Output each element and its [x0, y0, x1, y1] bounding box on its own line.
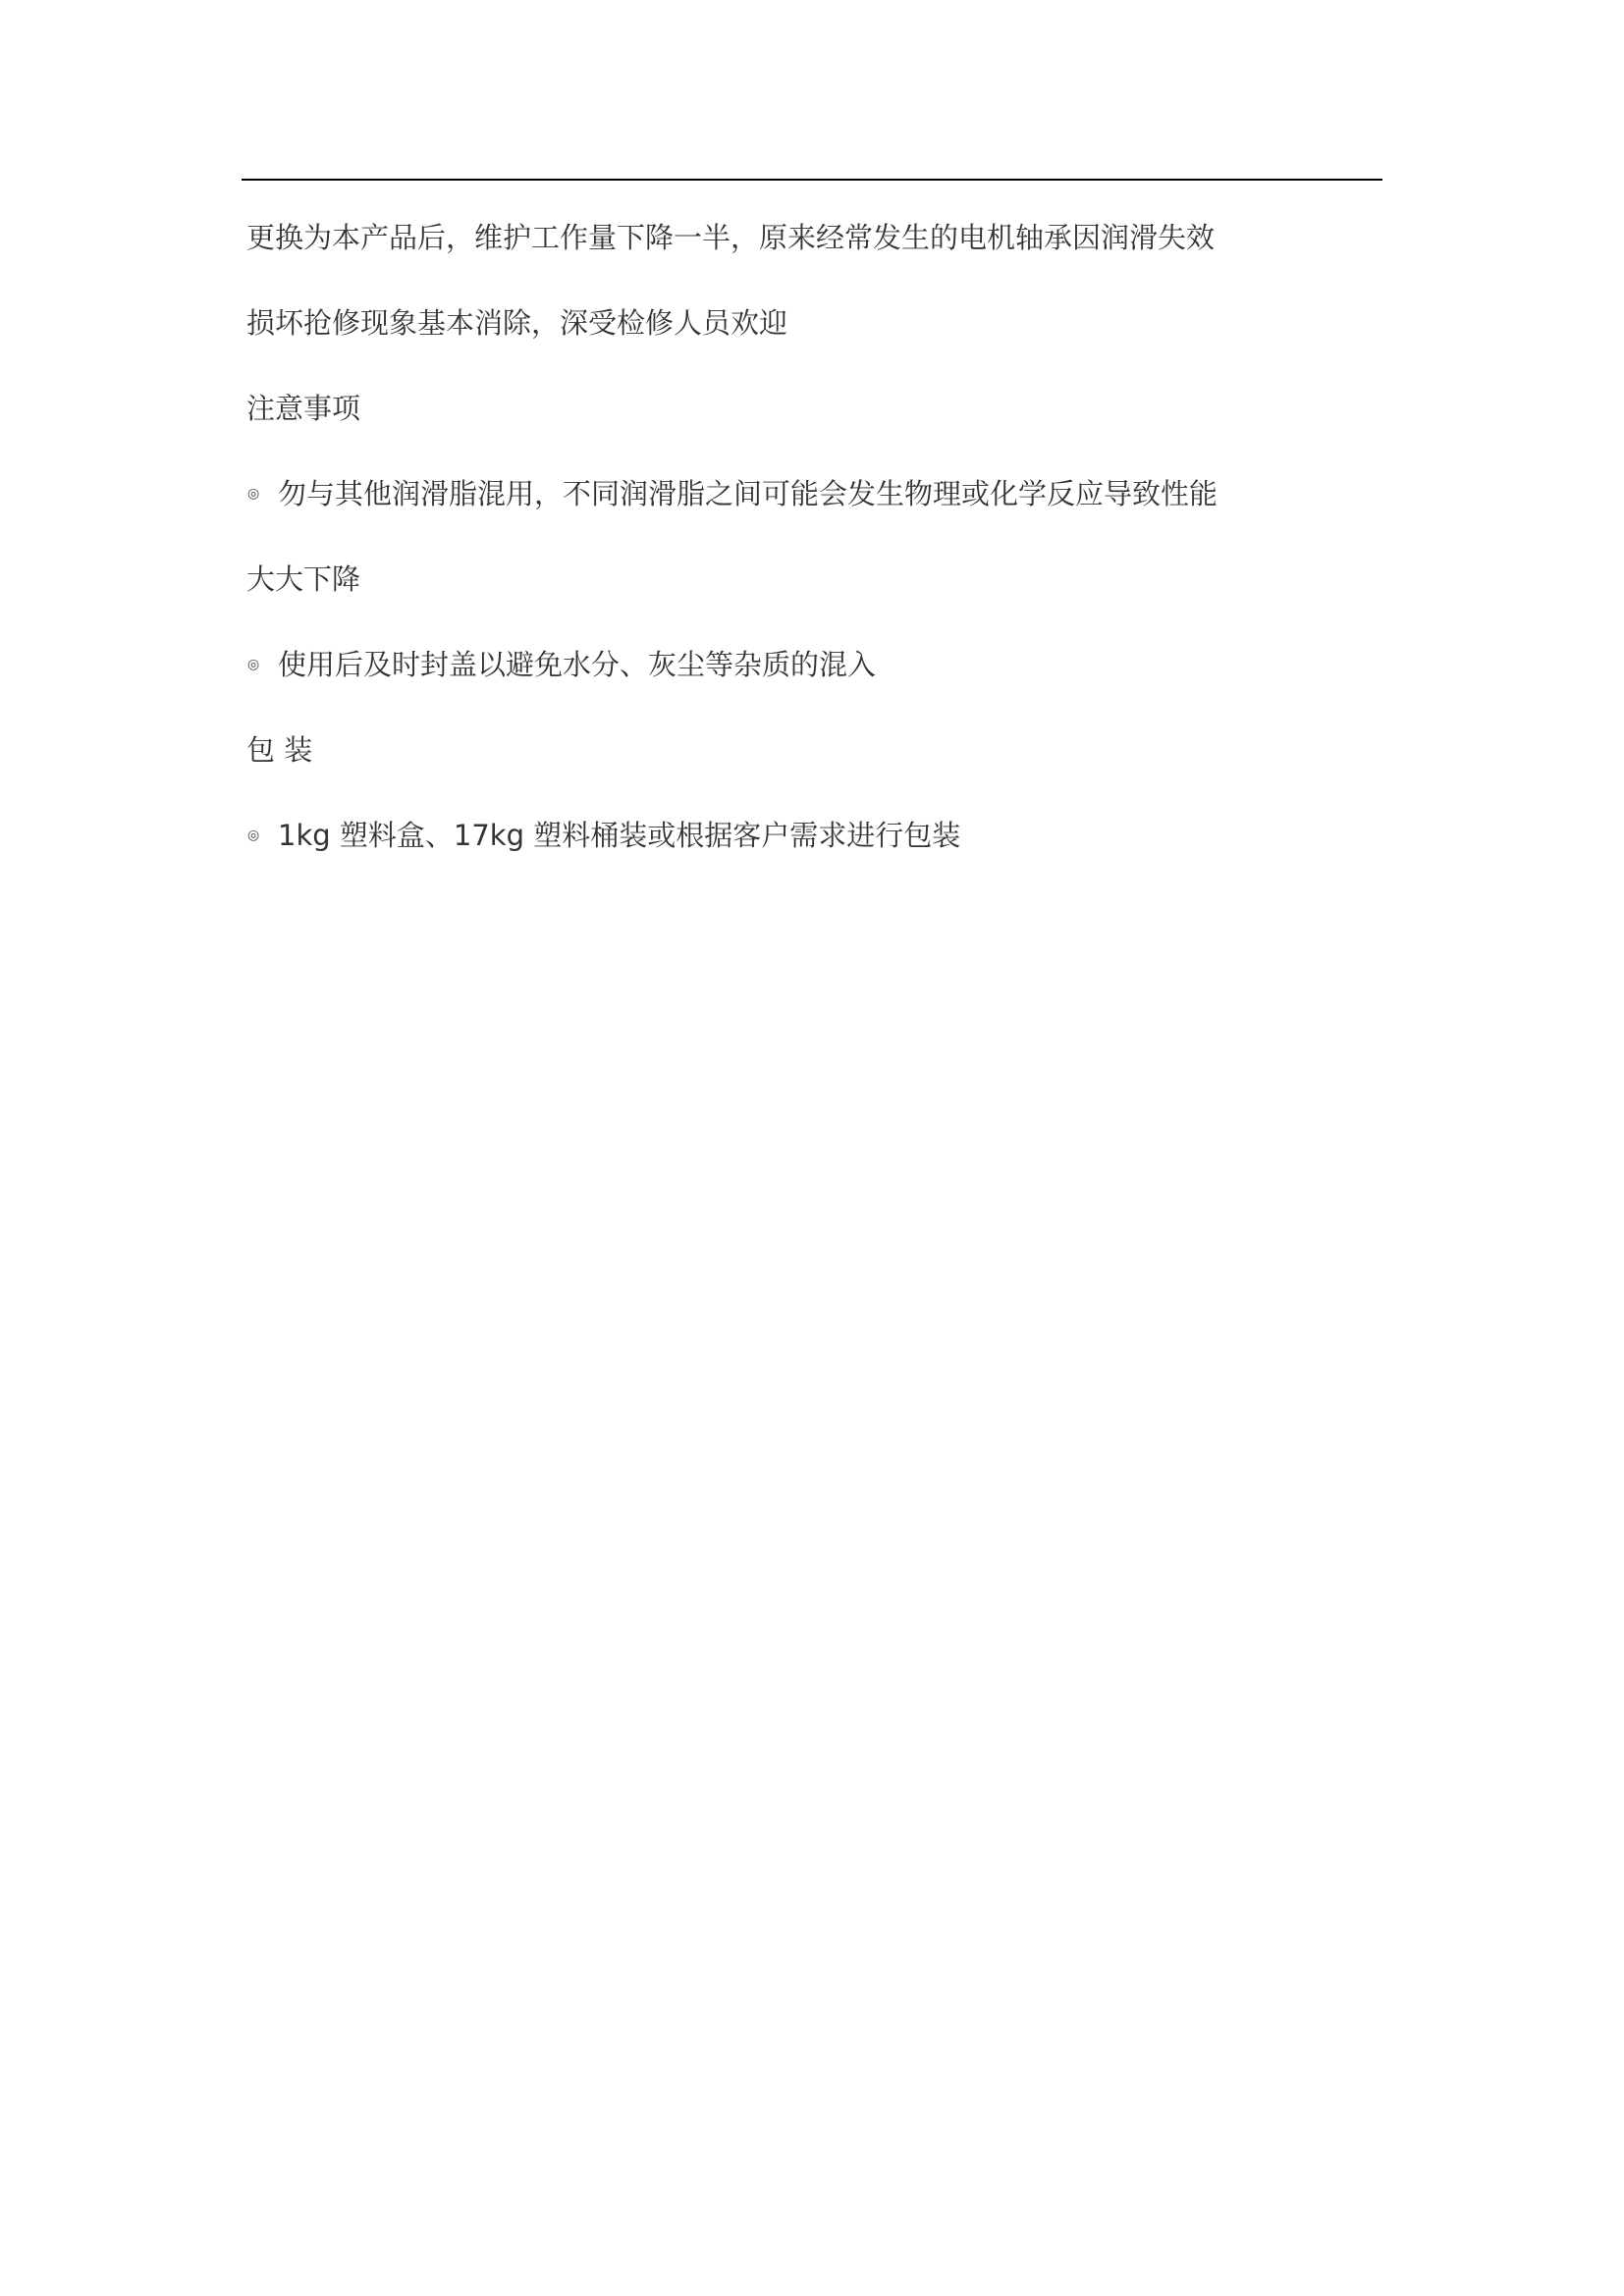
list-item-seal-after-use: ◎ 使用后及时封盖以避免水分、灰尘等杂质的混入 — [246, 622, 1385, 708]
heading-packaging: 包 装 — [246, 708, 1385, 793]
paragraph-benefit-line-1: 更换为本产品后，维护工作量下降一半，原来经常发生的电机轴承因润滑失效 — [246, 195, 1385, 281]
document-body: 更换为本产品后，维护工作量下降一半，原来经常发生的电机轴承因润滑失效 损坏抢修现… — [246, 195, 1385, 879]
list-item-packaging: ◎ 1kg 塑料盒、17kg 塑料桶装或根据客户需求进行包装 — [246, 793, 1385, 879]
list-item-text: 1kg 塑料盒、17kg 塑料桶装或根据客户需求进行包装 — [278, 793, 960, 879]
double-circle-bullet-icon: ◎ — [247, 622, 279, 708]
list-item-text: 使用后及时封盖以避免水分、灰尘等杂质的混入 — [278, 622, 876, 708]
double-circle-bullet-icon: ◎ — [247, 452, 279, 537]
paragraph-benefit-line-2: 损坏抢修现象基本消除，深受检修人员欢迎 — [246, 281, 1385, 366]
double-circle-bullet-icon: ◎ — [247, 793, 279, 879]
list-item-no-mixing: ◎ 勿与其他润滑脂混用，不同润滑脂之间可能会发生物理或化学反应导致性能 — [246, 452, 1385, 537]
header-divider — [242, 179, 1382, 181]
paragraph-continuation: 大大下降 — [246, 537, 1385, 622]
list-item-text: 勿与其他润滑脂混用，不同润滑脂之间可能会发生物理或化学反应导致性能 — [278, 452, 1218, 537]
heading-precautions: 注意事项 — [246, 366, 1385, 452]
